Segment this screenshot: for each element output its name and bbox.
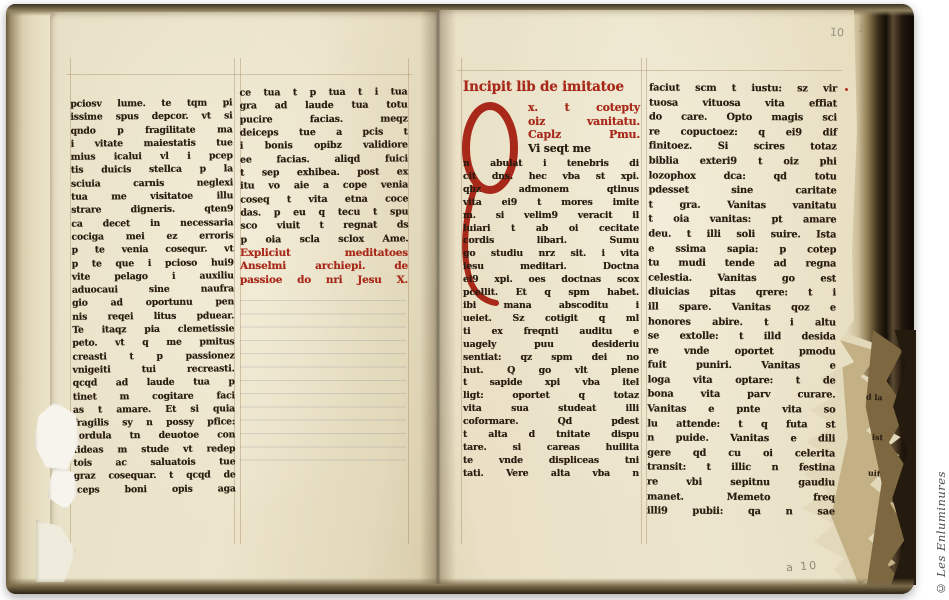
incipit-first-words: Vi seqt me xyxy=(528,142,640,155)
book-bottom-edge xyxy=(6,578,914,594)
explicit-rubric: Expliciut meditatoes Anselmi archiepi. d… xyxy=(240,247,408,287)
right-column-1-text: n abulat i tenebris di cit dns. hec vba … xyxy=(463,158,639,481)
folio-number: 10 xyxy=(830,26,845,40)
show-through-text: uit xyxy=(868,468,881,479)
copyright-credit: © Les Enluminures xyxy=(934,471,948,596)
right-column-2-text: faciut scm t iustu: sz vir tuosa vituosa… xyxy=(647,82,837,521)
show-through-text: ist xyxy=(872,432,884,443)
red-ink-dot xyxy=(845,88,848,91)
ruling-line xyxy=(408,58,409,544)
ruling-line xyxy=(66,74,412,75)
incipit-rubric-title: Incipit lib de imitatoe xyxy=(463,76,641,98)
show-through-text: d la xyxy=(866,392,883,403)
ruling-line xyxy=(457,70,842,71)
incipit-rubric-lines: x. t cotepty oiz vanitatu. Caplz Pmu. xyxy=(528,101,640,142)
manuscript-photo: d la ist uit pciosv lume. te tqm pi issi… xyxy=(0,0,949,600)
blank-ruled-area xyxy=(240,300,406,472)
left-column-2-text: ce tua t p tua t i tua gra ad laude tua … xyxy=(239,85,408,246)
left-column-1-text: pciosv lume. te tqm pi issime spus depco… xyxy=(70,96,235,496)
ruling-line xyxy=(641,58,642,544)
gutter-shadow xyxy=(420,10,456,584)
